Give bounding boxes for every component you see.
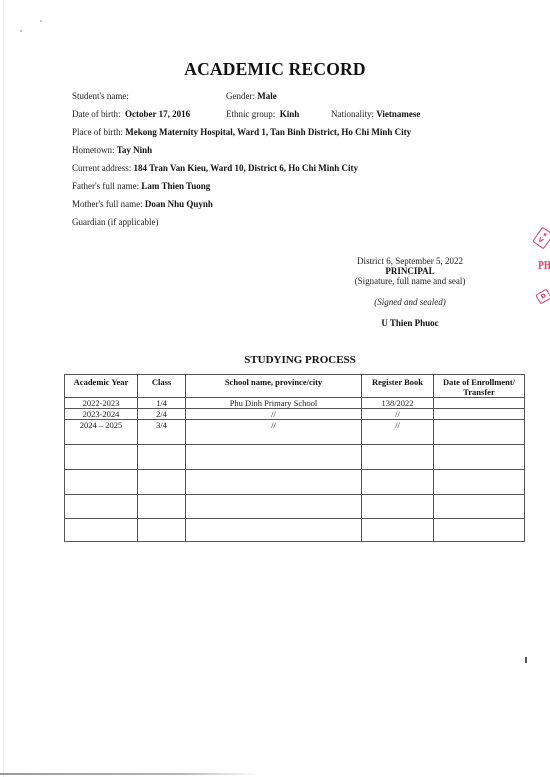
gender-field: Gender: Male — [226, 91, 277, 101]
stamp-fragment-bottom: Đ — [535, 288, 550, 304]
table-row — [65, 445, 525, 470]
cell-class: 3/4 — [138, 420, 186, 445]
father-name-field: Father's full name: Lam Thien Tuong — [72, 181, 210, 191]
table-row: 2023-2024 2/4 // // — [65, 409, 525, 420]
ethnic-group-label: Ethnic group: — [226, 109, 275, 119]
father-name-label: Father's full name: — [72, 181, 139, 191]
cell-enrollment-date — [434, 420, 525, 445]
cell-enrollment-date — [434, 409, 525, 420]
nationality-value: Vietnamese — [376, 109, 420, 119]
cell-academic-year: 2023-2024 — [65, 409, 138, 420]
dob-value: October 17, 2016 — [125, 109, 190, 119]
cell-school — [186, 470, 362, 495]
signature-instruction: (Signature, full name and seal) — [340, 276, 480, 286]
place-of-birth-field: Place of birth: Mekong Maternity Hospita… — [72, 127, 411, 137]
cell-school: Phu Dinh Primary School — [186, 398, 362, 409]
studying-process-title: STUDYING PROCESS — [0, 354, 550, 366]
table-row — [65, 495, 525, 519]
table-row — [65, 519, 525, 542]
cell-school — [186, 445, 362, 470]
cell-school: // — [186, 420, 362, 445]
cell-enrollment-date — [434, 445, 525, 470]
ethnic-group-value: Kinh — [280, 109, 300, 119]
hometown-field: Hometown: Tay Ninh — [72, 145, 152, 155]
page-number-mark — [525, 657, 527, 663]
cell-school: // — [186, 409, 362, 420]
cell-academic-year — [65, 495, 138, 519]
cell-enrollment-date — [434, 398, 525, 409]
cell-class — [138, 519, 186, 542]
cell-academic-year — [65, 445, 138, 470]
mother-name-label: Mother's full name: — [72, 199, 143, 209]
cell-class — [138, 470, 186, 495]
place-of-birth-value: Mekong Maternity Hospital, Ward 1, Tan B… — [125, 127, 411, 137]
cell-register-book — [362, 519, 434, 542]
scan-speck — [40, 20, 42, 22]
cell-enrollment-date — [434, 470, 525, 495]
cell-register-book: 138/2022 — [362, 398, 434, 409]
current-address-label: Current address: — [72, 163, 131, 173]
hometown-label: Hometown: — [72, 145, 115, 155]
current-address-value: 184 Tran Van Kieu, Ward 10, District 6, … — [133, 163, 358, 173]
table-row: 2022-2023 1/4 Phu Dinh Primary School 13… — [65, 398, 525, 409]
ethnic-group-field: Ethnic group: Kinh — [226, 109, 299, 119]
cell-academic-year — [65, 470, 138, 495]
hometown-value: Tay Ninh — [117, 145, 152, 155]
cell-class: 1/4 — [138, 398, 186, 409]
cell-enrollment-date — [434, 495, 525, 519]
scan-speck — [20, 30, 22, 32]
gender-value: Male — [257, 91, 277, 101]
cell-class — [138, 495, 186, 519]
place-of-birth-label: Place of birth: — [72, 127, 123, 137]
table-row — [65, 470, 525, 495]
cell-enrollment-date — [434, 519, 525, 542]
gender-label: Gender: — [226, 91, 255, 101]
mother-name-field: Mother's full name: Doan Nhu Quynh — [72, 199, 213, 209]
dob-label: Date of birth: — [72, 109, 121, 119]
mother-name-value: Doan Nhu Quynh — [145, 199, 213, 209]
column-header-enrollment-date: Date of Enrollment/ Transfer — [434, 375, 525, 398]
student-name-field: Student's name: — [72, 91, 129, 101]
cell-academic-year — [65, 519, 138, 542]
cell-register-book — [362, 445, 434, 470]
cell-class — [138, 445, 186, 470]
father-name-value: Lam Thien Tuong — [141, 181, 210, 191]
cell-register-book — [362, 495, 434, 519]
signature-place-date: District 6, September 5, 2022 — [340, 256, 480, 266]
signature-role: PRINCIPAL — [340, 266, 480, 276]
nationality-label: Nationality: — [331, 109, 374, 119]
cell-school — [186, 519, 362, 542]
cell-school — [186, 495, 362, 519]
cell-register-book: // — [362, 420, 434, 445]
document-title: ACADEMIC RECORD — [0, 59, 550, 80]
page-bottom-edge — [0, 773, 260, 775]
nationality-field: Nationality: Vietnamese — [331, 109, 420, 119]
stamp-fragment-top: ★ V — [532, 227, 550, 250]
signed-note: (Signed and sealed) — [340, 297, 480, 307]
cell-academic-year: 2022-2023 — [65, 398, 138, 409]
current-address-field: Current address: 184 Tran Van Kieu, Ward… — [72, 163, 358, 173]
guardian-field: Guardian (if applicable) — [72, 217, 158, 227]
column-header-school: School name, province/city — [186, 375, 362, 398]
principal-name: U Thien Phuoc — [340, 318, 480, 328]
table-header-row: Academic Year Class School name, provinc… — [65, 375, 525, 398]
cell-register-book — [362, 470, 434, 495]
column-header-class: Class — [138, 375, 186, 398]
cell-class: 2/4 — [138, 409, 186, 420]
stamp-fragment-middle: PHÁ — [538, 259, 550, 272]
dob-field: Date of birth: October 17, 2016 — [72, 109, 190, 119]
student-name-label: Student's name: — [72, 91, 129, 101]
column-header-register-book: Register Book — [362, 375, 434, 398]
page-left-edge — [3, 0, 4, 777]
cell-register-book: // — [362, 409, 434, 420]
cell-academic-year: 2024 – 2025 — [65, 420, 138, 445]
guardian-label: Guardian (if applicable) — [72, 217, 158, 227]
studying-process-table: Academic Year Class School name, provinc… — [64, 374, 525, 542]
table-row: 2024 – 2025 3/4 // // — [65, 420, 525, 445]
column-header-academic-year: Academic Year — [65, 375, 138, 398]
